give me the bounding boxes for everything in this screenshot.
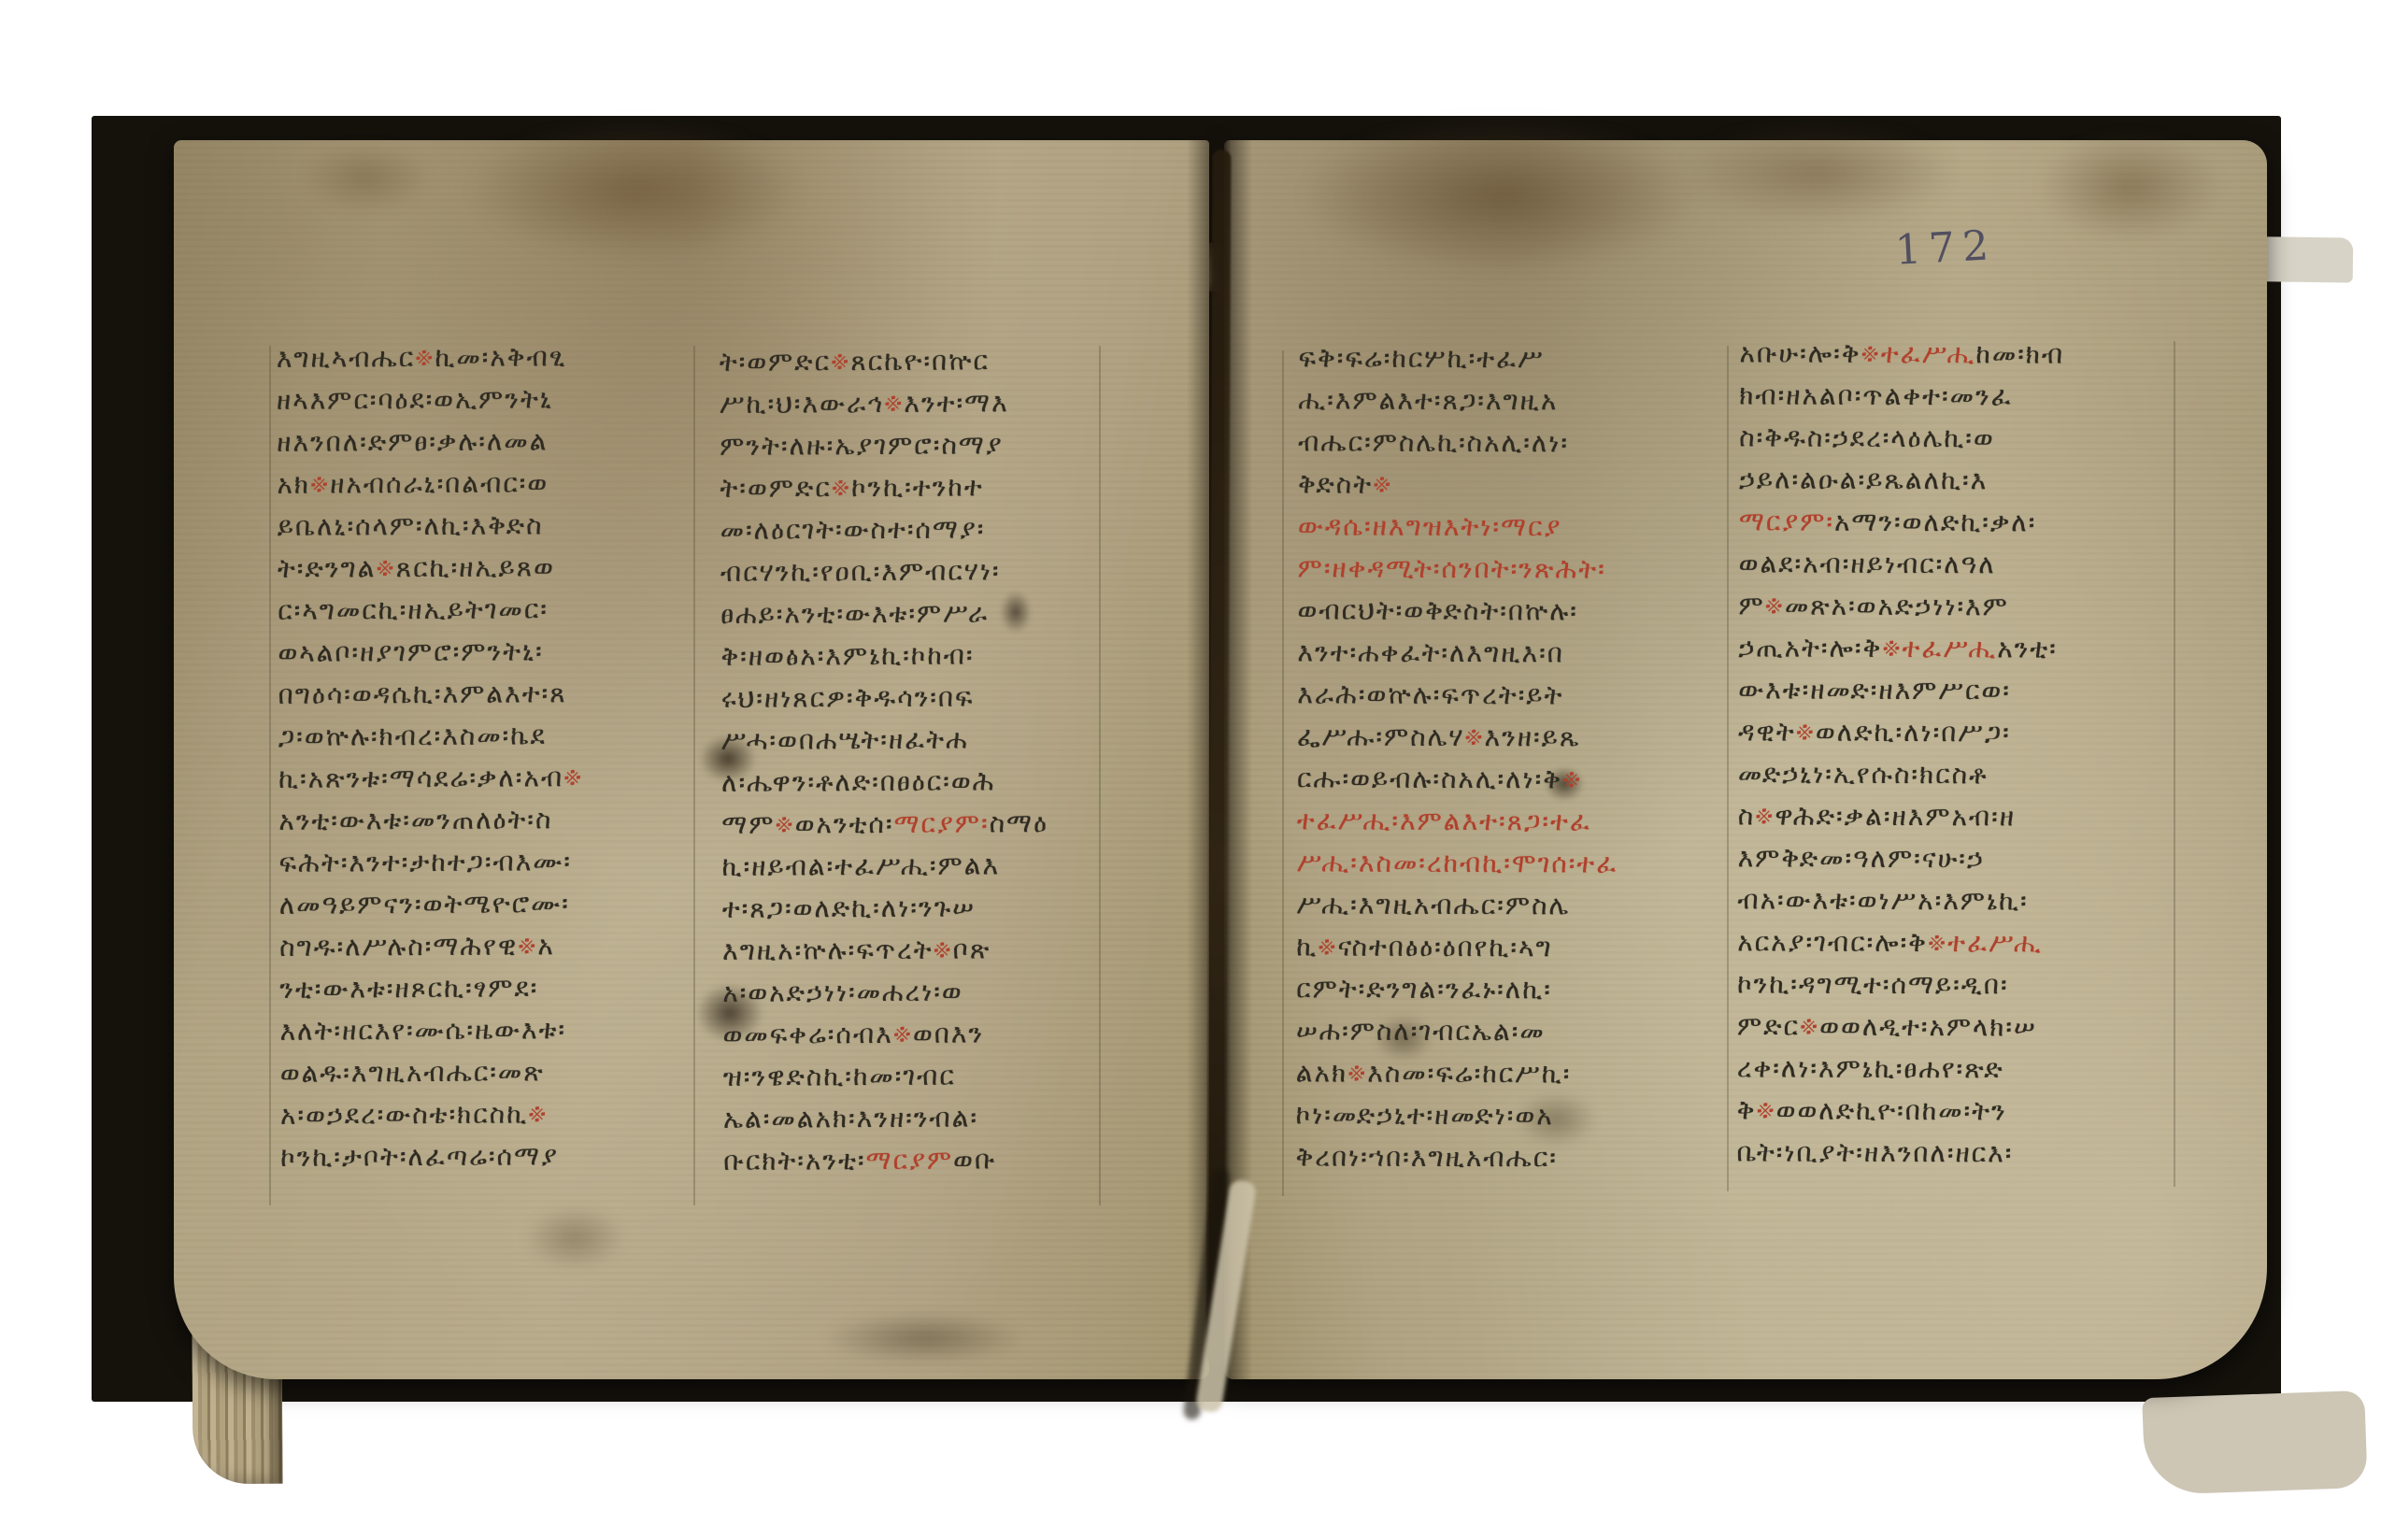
ink-text: እንተ፡ማእ — [904, 387, 1009, 419]
text-line: ዝ፡ንዌድስኪ፡ከመ፡ገብር — [723, 1054, 1050, 1098]
ink-text: ወቡ — [953, 1144, 997, 1175]
ink-text: ስ፡ቅዱስ፡ኃደረ፡ላዕሌኪ፡ወ — [1739, 421, 1995, 453]
ink-text: ኪ፡ዘይብል፡ተፈሥሒ፡ምልእ — [722, 849, 1001, 882]
ink-text: ርሑ፡ወይብሉ፡ስአሊ፡ለነ፡ቅ — [1297, 763, 1562, 794]
ink-text: ቅ — [1737, 1094, 1757, 1125]
ink-text: ክብ፡ዘአልቦ፡ጥልቀተ፡መንፈ — [1739, 379, 2013, 411]
rubric-text: ፠ — [1800, 1011, 1819, 1042]
text-line: ኮነ፡መድኃኒተ፡ዘመድነ፡ወአ — [1296, 1093, 1618, 1136]
text-line: ልአክ፠እስመ፡ፍሬ፡ከርሥኪ፡ — [1296, 1051, 1618, 1094]
rubric-text: ፠ — [518, 930, 537, 961]
ink-text: ስ — [1738, 800, 1756, 831]
text-line: ርምት፡ድንግል፡ንፈኑ፡ለኪ፡ — [1296, 967, 1618, 1010]
ink-text: እስመ፡ፍሬ፡ከርሥኪ፡ — [1367, 1058, 1571, 1090]
ink-text: ርምት፡ድንግል፡ንፈኑ፡ለኪ፡ — [1296, 973, 1552, 1005]
ink-text: ስግዱ፡ለሥሉስ፡ማሕየዊ — [279, 931, 518, 962]
text-line: ሒ፡እምልእተ፡ጸጋ፡እግዚአ — [1298, 378, 1619, 421]
ink-text: ት፡ወምድር — [720, 346, 832, 378]
ink-text: መጽአ፡ወአድኃነነ፡እም — [1785, 591, 2009, 622]
text-line: አርአያ፡ገብር፡ሎ፡ቅ፠ተፈሥሒ — [1737, 920, 2062, 963]
ink-text: አ፡ወአድኃነነ፡መሐረነ፡ወ — [722, 977, 963, 1008]
text-line: እግዚኣብሔር፠ኪመ፡አቅብፂ — [277, 335, 581, 379]
ink-text: ወበእን — [913, 1018, 984, 1048]
left-page-column-1: እግዚኣብሔር፠ኪመ፡አቅብፂዘኣእምር፡ባዕደ፡ወኢምንትኒዘእንበለ፡ድምፀ… — [277, 335, 586, 1178]
text-line: መድኃኒነ፡ኢየሱስ፡ክርስቶ — [1738, 752, 2063, 795]
ink-text: አ — [537, 930, 555, 961]
ink-text: ኪ — [1296, 931, 1318, 962]
manuscript-photo: 172 እግዚኣብሔር፠ኪመ፡አቅብፂዘኣእምር፡ባዕደ፡ወኢምንትኒዘእንበለ… — [0, 0, 2381, 1540]
rubric-text: ማርያም፡ — [893, 807, 989, 839]
text-line: ሥኪ፡ህ፡እውራኅ፠እንተ፡ማእ — [720, 381, 1047, 425]
text-line: ዳዊት፠ወለድኪ፡ለነ፡በሥጋ፡ — [1738, 710, 2063, 753]
ink-text: ኃይለ፡ልዑል፡ይጼልለኪ፡እ — [1739, 463, 1988, 495]
text-line: ንቲ፡ውእቱ፡ዘጾርኪ፡ፃምደ፡ — [279, 966, 584, 1010]
right-page-column-1: ፍቅ፡ፍሬ፡ከርሦኪ፡ተፈሥሒ፡እምልእተ፡ጸጋ፡እግዚአብሔር፡ምስሌኪ፡ስአ… — [1295, 336, 1619, 1178]
text-line: ቅረበነ፡ኀበ፡እግዚአብሔር፡ — [1295, 1135, 1617, 1178]
under-leaf-bottom-right — [2142, 1390, 2367, 1495]
ink-text: ኤል፡መልአክ፡እንዘ፡ንብል፡ — [723, 1102, 978, 1134]
text-line: ፌሥሑ፡ምስሌሃ፠እንዘ፡ይጼ — [1297, 715, 1618, 758]
ink-text: ዋሕድ፡ቃል፡ዘእምአብ፡ዘ — [1775, 801, 2016, 833]
text-line: ጋ፡ወኵሉ፡ክብረ፡እስመ፡ኬደ — [278, 714, 583, 758]
ink-text: ዝ፡ንዌድስኪ፡ከመ፡ገብር — [723, 1061, 956, 1092]
text-line: አንቲ፡ውእቱ፡መንጠለዕት፡ስ — [278, 798, 583, 842]
text-line: አ፡ወአድኃነነ፡መሐረነ፡ወ — [722, 970, 1049, 1014]
ink-text: ረቀ፡ለነ፡እምኔኪ፡ፀሐየ፡ጽድ — [1737, 1052, 2004, 1084]
text-line: ምድር፠ወወለዲተ፡አምላክ፡ሠ — [1737, 1005, 2062, 1048]
rubric-text: ፠ — [563, 762, 583, 792]
left-page-column-2: ት፡ወምድር፠ጸርኬዮ፡በኵርሥኪ፡ህ፡እውራኅ፠እንተ፡ማእምንት፡ለዙ፡ኤያ… — [720, 339, 1050, 1182]
text-line: ማርያም፡አማን፡ወለድኪ፡ቃለ፡ — [1739, 500, 2064, 543]
text-line: ሥሒ፡እግዚአብሔር፡ምስሌ — [1296, 883, 1618, 926]
text-line: ብአ፡ውእቱ፡ወነሥአ፡እምኔኪ፡ — [1737, 878, 2062, 921]
ink-text: ሩህ፡ዘነጸርዎ፡ቅዱሳን፡በፍ — [721, 681, 975, 713]
text-line: ር፡ኣግመርኪ፡ዘኢይትገመር፡ — [278, 588, 582, 632]
text-line: ምንት፡ለዙ፡ኤያገምሮ፡ስማያ — [720, 423, 1047, 467]
text-line: ቅ፡ዘወፅአ፡እምኔኪ፡ኮከብ፡ — [720, 634, 1048, 677]
text-line: ኪ፡አጽንቱ፡ማሳደሬ፡ቃለ፡አብ፠ — [278, 756, 583, 800]
rubric-text: ፠ — [1318, 931, 1337, 962]
rubric-text: ፠ — [775, 809, 794, 840]
ink-text: ወአንቲሰ፡ — [795, 808, 894, 840]
text-line: ተፈሥሒ፡እምልእተ፡ጸጋ፡ተፈ — [1297, 799, 1618, 842]
ink-text: ት፡ወምድር — [720, 472, 832, 504]
ink-text: ከመ፡ክብ — [1975, 338, 2064, 369]
rubric-text: ማርያም፡ — [1739, 506, 1834, 536]
text-line: ለ፡ሔዋን፡ቶለድ፡በፀዕር፡ወሕ — [721, 760, 1048, 804]
text-line: ክብ፡ዘአልቦ፡ጥልቀተ፡መንፈ — [1739, 374, 2064, 417]
ink-text: ኪ፡አጽንቱ፡ማሳደሬ፡ቃለ፡አብ — [278, 762, 563, 794]
ink-text: ፍቅ፡ፍሬ፡ከርሦኪ፡ተፈሥ — [1298, 342, 1544, 374]
ink-text: እምቅድመ፡ዓለም፡ናሁ፡ኃ — [1738, 842, 1985, 874]
text-line: ም፡ዘቀዳሚት፡ሰንበት፡ንጽሕት፡ — [1298, 547, 1619, 590]
ink-text: መ፡ለዕርገት፡ውስተ፡ሰማያ፡ — [720, 513, 986, 545]
ink-text: እለት፡ዘርእየ፡ሙሴ፡ዜውእቱ፡ — [279, 1014, 566, 1047]
ink-text: አ፡ወኃደረ፡ውስቴ፡ክርስኪ — [280, 1098, 528, 1130]
ink-text: ይቤለኒ፡ሰላም፡ለኪ፡እቅድስ — [278, 509, 544, 541]
text-line: ለመዓይምናን፡ወትሜዮሮሙ፡ — [279, 882, 584, 926]
rubric-text: ተፈሥሒ፡እምልእተ፡ጸጋ፡ተፈ — [1297, 805, 1591, 836]
text-line: ፍሕት፡እንተ፡ታከተጋ፡ብእሙ፡ — [278, 840, 583, 884]
text-line: አቡሁ፡ሎ፡ቅ፠ተፈሥሒከመ፡ክብ — [1739, 332, 2064, 375]
ink-text: ር፡ኣግመርኪ፡ዘኢይትገመር፡ — [278, 593, 549, 626]
rubric-text: ፠ — [1464, 721, 1484, 752]
text-line: ስግዱ፡ለሥሉስ፡ማሕየዊ፠አ — [279, 924, 584, 968]
text-line: ት፡ወምድር፠ኮንኪ፡ተንከተ — [720, 465, 1047, 509]
text-line: ረቀ፡ለነ፡እምኔኪ፡ፀሐየ፡ጽድ — [1737, 1047, 2062, 1090]
text-line: ብርሃንኪ፡የዐቢ፡እምብርሃነ፡ — [720, 549, 1048, 593]
ink-text: ወብርህት፡ወቅድስት፡በኵሉ፡ — [1297, 594, 1578, 626]
ink-text: ቦጽ — [953, 934, 991, 964]
text-line: ኮንኪ፡ዳግሚተ፡ሰማይ፡ዲበ፡ — [1737, 962, 2062, 1005]
text-line: እለት፡ዘርእየ፡ሙሴ፡ዜውእቱ፡ — [279, 1008, 584, 1052]
ink-text: ኮንኪ፡ተንከተ — [851, 471, 984, 503]
ink-text: ኪመ፡አቅብፂ — [435, 341, 566, 373]
ink-text: እራሕ፡ወኵሉ፡ፍጥረት፡ይት — [1297, 678, 1563, 710]
text-line: እንተ፡ሐቀፈት፡ለእግዚእ፡በ — [1297, 631, 1618, 674]
text-line: ቅድስት፠ — [1298, 463, 1619, 506]
rubric-text: ፠ — [415, 342, 435, 373]
rubric-text: ፠ — [832, 472, 851, 503]
ink-text: ት፡ድንግል — [278, 552, 377, 584]
ink-text: ወለድኪ፡ለነ፡በሥጋ፡ — [1816, 717, 2011, 749]
text-line: ስ፠ዋሕድ፡ቃል፡ዘእምአብ፡ዘ — [1738, 794, 2063, 837]
text-line: ም፠መጽአ፡ወአድኃነነ፡እም — [1738, 584, 2063, 627]
folio-number: 172 — [1894, 221, 1998, 275]
ink-text: ፀሐይ፡አንቲ፡ውእቱ፡ምሥራ — [720, 597, 989, 630]
text-line: መ፡ለዕርገት፡ውስተ፡ሰማያ፡ — [720, 507, 1048, 551]
text-line: ሥሓ፡ወበሐሤት፡ዘፈትሐ — [721, 718, 1048, 762]
ink-text: አክ — [277, 469, 310, 500]
ink-text: ማም — [721, 809, 775, 840]
text-line: ሥሒ፡እስመ፡ረከብኪ፡ሞገሰ፡ተፈ — [1297, 841, 1618, 884]
ink-text: ሥኪ፡ህ፡እውራኅ — [720, 388, 884, 420]
ink-text: ሥሓ፡ወበሐሤት፡ዘፈትሐ — [721, 724, 969, 756]
ink-text: ቅድስት — [1298, 468, 1373, 499]
ink-text: ወወለድኪዮ፡በከመ፡ትን — [1776, 1095, 2007, 1127]
text-line: ይቤለኒ፡ሰላም፡ለኪ፡እቅድስ — [278, 504, 582, 548]
text-line: ኪ፡ዘይብል፡ተፈሥሒ፡ምልእ — [721, 844, 1048, 888]
ink-text: ወኣልቦ፡ዘያገምሮ፡ምንትኒ፡ — [278, 635, 543, 667]
text-line: ተ፡ጸጋ፡ወለድኪ፡ለነ፡ንጉሠ — [722, 886, 1049, 930]
ink-text: ዳዊት — [1738, 716, 1796, 747]
rubric-text: ውዳሴ፡ዘእግዝእትነ፡ማርያ — [1298, 510, 1562, 542]
text-line: ቅ፠ወወለድኪዮ፡በከመ፡ትን — [1737, 1089, 2062, 1132]
ink-text: ለመዓይምናን፡ወትሜዮሮሙ፡ — [279, 888, 570, 920]
ruling-line — [269, 346, 271, 1205]
ink-text: ጋ፡ወኵሉ፡ክብረ፡እስመ፡ኬደ — [278, 720, 547, 752]
ink-text: ቡርክት፡አንቲ፡ — [723, 1145, 865, 1176]
text-line: ወልዱ፡እግዚአብሔር፡መጽ — [280, 1050, 585, 1094]
text-line: ውዳሴ፡ዘእግዝእትነ፡ማርያ — [1298, 505, 1619, 548]
ruling-line — [693, 346, 695, 1205]
ink-text: እንተ፡ሐቀፈት፡ለእግዚእ፡በ — [1297, 636, 1563, 668]
ink-text: አንቲ፡ — [1997, 633, 2058, 663]
ink-text: ኮነ፡መድኃኒተ፡ዘመድነ፡ወአ — [1296, 1099, 1554, 1131]
text-line: እግዚአ፡ኵሉ፡ፍጥረት፠ቦጽ — [722, 928, 1049, 972]
rubric-text: ፠ — [1796, 717, 1816, 748]
ink-text: ንቲ፡ውእቱ፡ዘጾርኪ፡ፃምደ፡ — [279, 972, 538, 1004]
ink-text: ሥሒ፡እግዚአብሔር፡ምስሌ — [1296, 889, 1570, 920]
ink-text: ተ፡ጸጋ፡ወለድኪ፡ለነ፡ንጉሠ — [722, 891, 976, 923]
rubric-text: ፠ — [1756, 1094, 1775, 1125]
text-line: ብሔር፡ምስሌኪ፡ስአሊ፡ለነ፡ — [1298, 421, 1619, 463]
ink-text: አቡሁ፡ሎ፡ቅ — [1739, 337, 1861, 368]
rubric-text: ፠ተፈሥሒ — [1861, 338, 1976, 369]
ink-text: ዘአብሰራኒ፡በልብር፡ወ — [330, 467, 549, 499]
rubric-text: ፠ — [1562, 763, 1582, 794]
ink-text: እንዘ፡ይጼ — [1485, 721, 1581, 752]
ink-text: ወልደ፡አብ፡ዘይነብር፡ለዓለ — [1739, 548, 1996, 579]
ink-text: ኮንኪ፡ታቦት፡ለፈጣሬ፡ሰማያ — [280, 1140, 559, 1173]
text-line: አ፡ወኃደረ፡ውስቴ፡ክርስኪ፠ — [280, 1092, 585, 1136]
ink-text: እግዚአ፡ኵሉ፡ፍጥረት — [722, 934, 934, 966]
text-line: ወኣልቦ፡ዘያገምሮ፡ምንትኒ፡ — [278, 630, 582, 674]
ink-text: ቤት፡ነቢያት፡ዘእንበለ፡ዘርእ፡ — [1736, 1136, 2013, 1168]
text-line: ወብርህት፡ወቅድስት፡በኵሉ፡ — [1297, 589, 1618, 632]
ink-text: ሠሐ፡ምስለ፡ገብርኤል፡መ — [1296, 1015, 1546, 1047]
rubric-text: ፠ — [1373, 469, 1392, 500]
rubric-text: ፠ — [1347, 1058, 1367, 1089]
ink-text: ፌሥሑ፡ምስሌሃ — [1297, 720, 1464, 752]
ink-text: ወልዱ፡እግዚአብሔር፡መጽ — [280, 1056, 545, 1088]
rubric-text: ማርያም — [865, 1145, 953, 1176]
text-line: እምቅድመ፡ዓለም፡ናሁ፡ኃ — [1738, 836, 2063, 879]
ink-text: ብአ፡ውእቱ፡ወነሥአ፡እምኔኪ፡ — [1737, 884, 2028, 916]
text-line: ኃይለ፡ልዑል፡ይጼልለኪ፡እ — [1739, 458, 2064, 501]
text-line: በግዕሳ፡ወዳሴኪ፡እምልእተ፡ጸ — [278, 672, 583, 716]
ink-text: ፍሕት፡እንተ፡ታከተጋ፡ብእሙ፡ — [279, 846, 572, 878]
text-line: ኮንኪ፡ታቦት፡ለፈጣሬ፡ሰማያ — [280, 1134, 585, 1178]
rubric-text: ም፡ዘቀዳሚት፡ሰንበት፡ንጽሕት፡ — [1298, 552, 1606, 584]
rubric-text: ፠ተፈሥሒ — [1882, 633, 1997, 663]
ink-text: ጸርኪ፡ዘኢይጸወ — [396, 551, 555, 583]
ink-text: ጸርኬዮ፡በኵር — [850, 345, 990, 377]
ruling-line — [1282, 350, 1284, 1196]
text-line: ርሑ፡ወይብሉ፡ስአሊ፡ለነ፡ቅ፠ — [1297, 757, 1618, 800]
ink-text: ምድር — [1737, 1010, 1800, 1041]
ink-text: ኃጢአት፡ሎ፡ቅ — [1738, 632, 1882, 663]
rubric-text: ፠ — [831, 346, 850, 377]
right-page-column-2: አቡሁ፡ሎ፡ቅ፠ተፈሥሒከመ፡ክብክብ፡ዘአልቦ፡ጥልቀተ፡መንፈስ፡ቅዱስ፡ኃ… — [1736, 332, 2064, 1174]
text-line: አክ፠ዘአብሰራኒ፡በልብር፡ወ — [277, 462, 581, 506]
rubric-text: ፠ — [1755, 800, 1775, 831]
ink-text: በግዕሳ፡ወዳሴኪ፡እምልእተ፡ጸ — [278, 677, 567, 710]
ink-text: አማን፡ወለድኪ፡ቃለ፡ — [1834, 506, 2036, 538]
text-line: ት፡ወምድር፠ጸርኬዮ፡በኵር — [720, 339, 1047, 383]
text-line: ፍቅ፡ፍሬ፡ከርሦኪ፡ተፈሥ — [1298, 336, 1619, 379]
text-line: ወልደ፡አብ፡ዘይነብር፡ለዓለ — [1739, 542, 2064, 585]
ink-text: እግዚኣብሔር — [277, 342, 416, 374]
text-line: ሠሐ፡ምስለ፡ገብርኤል፡መ — [1296, 1009, 1618, 1052]
ink-text: ልአክ — [1296, 1057, 1347, 1088]
text-line: ወመፍቀሬ፡ሰብእ፠ወበእን — [722, 1012, 1049, 1056]
text-line: ት፡ድንግል፠ጸርኪ፡ዘኢይጸወ — [278, 546, 582, 590]
ink-text: ም — [1738, 590, 1764, 620]
ink-text: ወመፍቀሬ፡ሰብእ — [722, 1019, 892, 1050]
text-line: ቤት፡ነቢያት፡ዘእንበለ፡ዘርእ፡ — [1736, 1131, 2061, 1174]
ink-text: ውእቱ፡ዘመድ፡ዘእምሥርወ፡ — [1738, 674, 2011, 706]
rubric-text: ፠ — [1928, 927, 1947, 958]
ink-text: ዘኣእምር፡ባዕደ፡ወኢምንትኒ — [277, 383, 553, 416]
ink-text: አርአያ፡ገብር፡ሎ፡ቅ — [1737, 926, 1928, 958]
text-line: ኪ፠ናስተበፅዕ፡ዕበየኪ፡ኣግ — [1296, 925, 1618, 968]
ink-text: መድኃኒነ፡ኢየሱስ፡ክርስቶ — [1738, 758, 1989, 790]
rubric-text: ፠ — [933, 934, 952, 965]
rubric-text: ፠ — [528, 1098, 548, 1129]
ink-text: ወወለዲተ፡አምላክ፡ሠ — [1819, 1011, 2037, 1043]
text-line: ውእቱ፡ዘመድ፡ዘእምሥርወ፡ — [1738, 668, 2063, 711]
ink-text: ቅረበነ፡ኀበ፡እግዚአብሔር፡ — [1295, 1141, 1557, 1173]
ruling-line — [1727, 346, 1729, 1191]
rubric-text: ፠ — [893, 1019, 913, 1049]
ink-text: አንቲ፡ውእቱ፡መንጠለዕት፡ስ — [278, 804, 552, 836]
text-line: ማም፠ወአንቲሰ፡ማርያም፡ስማዕ — [721, 802, 1048, 846]
ink-text: ቅ፡ዘወፅአ፡እምኔኪ፡ኮከብ፡ — [720, 639, 974, 671]
rubric-text: ተፈሥሒ — [1947, 927, 2043, 958]
text-line: ኤል፡መልአክ፡እንዘ፡ንብል፡ — [723, 1096, 1050, 1140]
text-line: ዘእንበለ፡ድምፀ፡ቃሉ፡ለመል — [277, 420, 581, 463]
ink-text: ናስተበፅዕ፡ዕበየኪ፡ኣግ — [1337, 932, 1552, 963]
rubric-text: ፠ — [1765, 590, 1785, 620]
ruling-line — [2174, 341, 2175, 1187]
text-line: ዘኣእምር፡ባዕደ፡ወኢምንትኒ — [277, 378, 581, 421]
rubric-text: ፠ — [376, 552, 395, 583]
ink-text: ስማዕ — [990, 807, 1048, 838]
ink-text: ኮንኪ፡ዳግሚተ፡ሰማይ፡ዲበ፡ — [1737, 968, 2009, 1000]
text-line: ስ፡ቅዱስ፡ኃደረ፡ላዕሌኪ፡ወ — [1739, 416, 2064, 459]
text-line: ፀሐይ፡አንቲ፡ውእቱ፡ምሥራ — [720, 592, 1048, 635]
text-line: ሩህ፡ዘነጸርዎ፡ቅዱሳን፡በፍ — [721, 676, 1048, 720]
ruling-line — [1099, 346, 1101, 1205]
ink-text: ለ፡ሔዋን፡ቶለድ፡በፀዕር፡ወሕ — [721, 765, 996, 798]
ink-text: ሒ፡እምልእተ፡ጸጋ፡እግዚአ — [1298, 384, 1558, 416]
ink-text: ዘእንበለ፡ድምፀ፡ቃሉ፡ለመል — [277, 425, 548, 458]
ink-text: ምንት፡ለዙ፡ኤያገምሮ፡ስማያ — [720, 429, 1004, 462]
text-line: ቡርክት፡አንቲ፡ማርያምወቡ — [723, 1138, 1050, 1182]
text-line: እራሕ፡ወኵሉ፡ፍጥረት፡ይት — [1297, 673, 1618, 716]
rubric-text: ፠ — [884, 388, 904, 419]
ink-text: ብርሃንኪ፡የዐቢ፡እምብርሃነ፡ — [720, 555, 1001, 588]
rubric-text: ሥሒ፡እስመ፡ረከብኪ፡ሞገሰ፡ተፈ — [1297, 847, 1618, 878]
rubric-text: ፠ — [310, 469, 330, 500]
text-line: ኃጢአት፡ሎ፡ቅ፠ተፈሥሒአንቲ፡ — [1738, 626, 2063, 669]
ink-text: ብሔር፡ምስሌኪ፡ስአሊ፡ለነ፡ — [1298, 426, 1569, 458]
